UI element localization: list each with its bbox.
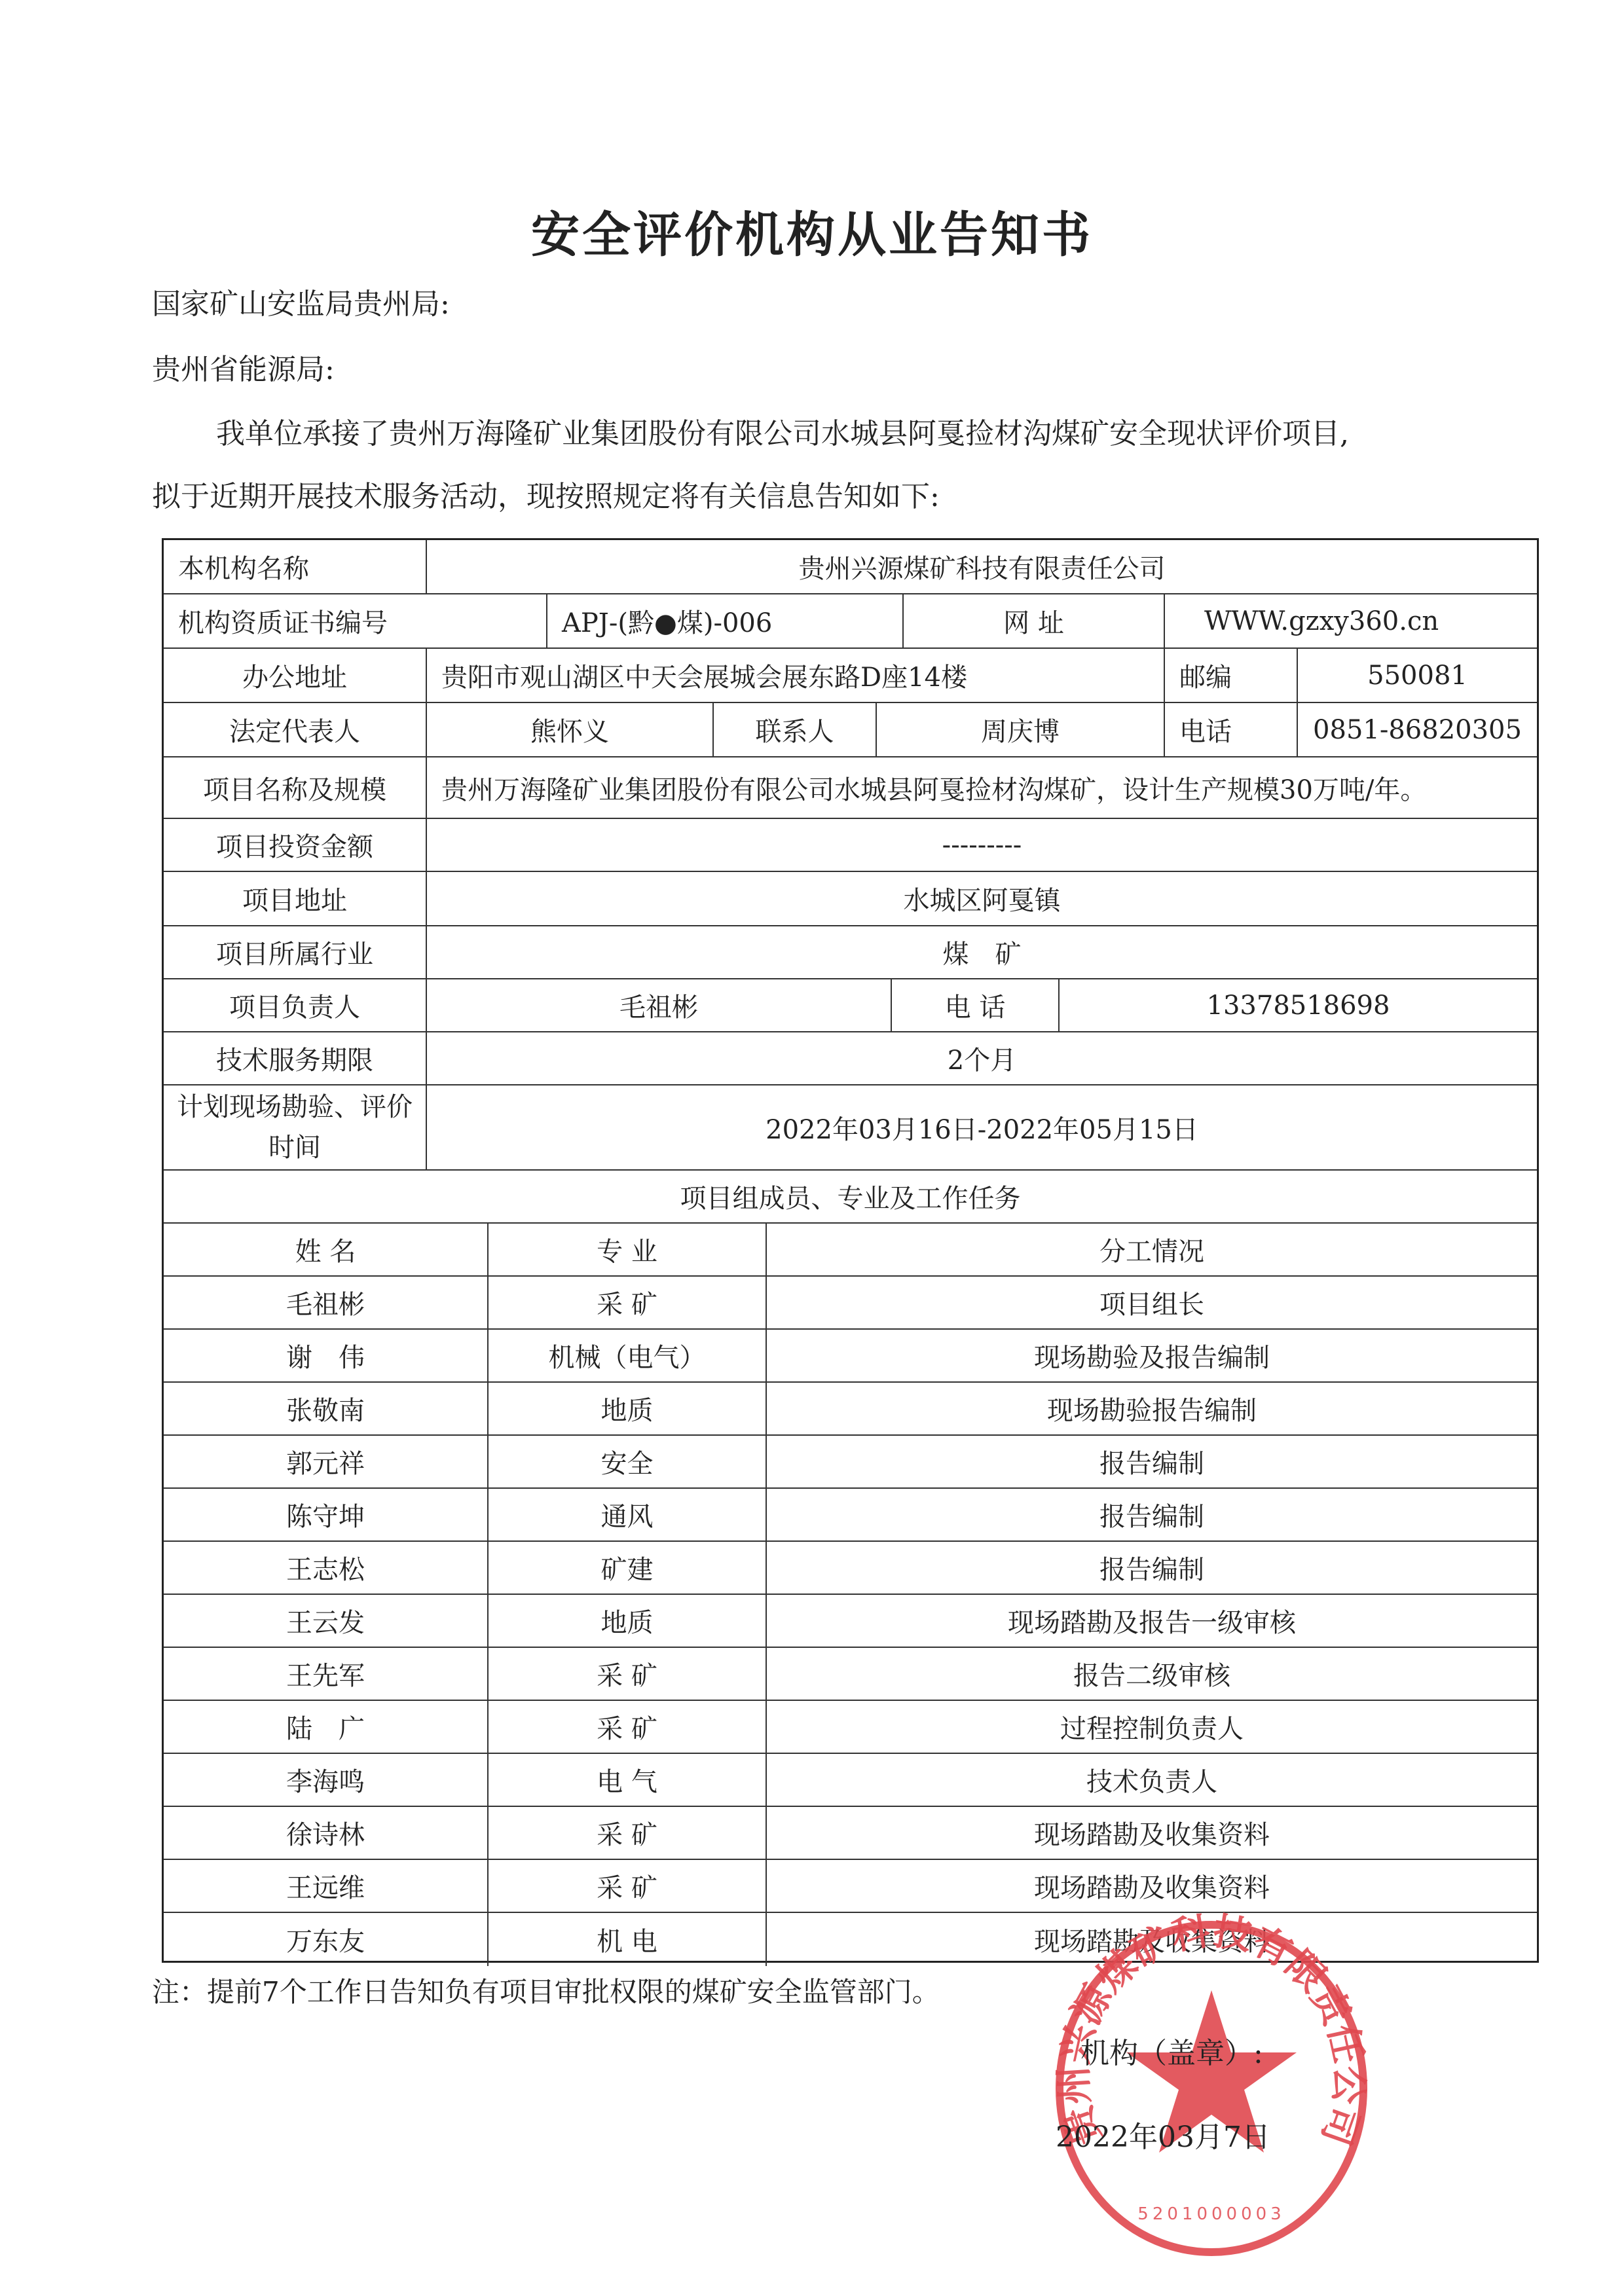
row-schedule: 计划现场勘验、评价时间 2022年03月16日-2022年05月15日 [164, 1085, 1537, 1171]
member-specialty: 地质 [487, 1383, 766, 1434]
member-specialty: 采 矿 [487, 1277, 766, 1328]
row-office: 办公地址 贵阳市观山湖区中天会展城会展东路D座14楼 邮编 550081 [164, 649, 1537, 703]
leader-phone-value: 13378518698 [1058, 979, 1537, 1031]
member-specialty: 采 矿 [487, 1860, 766, 1912]
document-title: 安全评价机构从业告知书 [0, 196, 1624, 266]
header-duty: 分工情况 [766, 1224, 1537, 1275]
industry-label: 项目所属行业 [164, 926, 426, 978]
investment-label: 项目投资金额 [164, 819, 426, 871]
member-name: 陈守坤 [164, 1489, 487, 1540]
project-address-label: 项目地址 [164, 872, 426, 925]
row-investment: 项目投资金额 --------- [164, 819, 1537, 872]
member-duty: 报告二级审核 [766, 1648, 1537, 1700]
row-cert: 机构资质证书编号 APJ-(黔●煤)-006 网 址 WWW.gzxy360.c… [164, 594, 1537, 649]
legal-rep-label: 法定代表人 [164, 703, 426, 756]
member-name: 王先军 [164, 1648, 487, 1700]
table-row: 陆 广 采 矿 过程控制负责人 [164, 1701, 1537, 1754]
member-name: 王远维 [164, 1860, 487, 1912]
contact-label: 联系人 [712, 703, 876, 756]
table-row: 徐诗林 采 矿 现场踏勘及收集资料 [164, 1807, 1537, 1860]
member-duty: 现场勘验及报告编制 [766, 1330, 1537, 1381]
member-duty: 报告编制 [766, 1489, 1537, 1540]
table-row: 张敬南 地质 现场勘验报告编制 [164, 1383, 1537, 1436]
project-address-value: 水城区阿戛镇 [426, 872, 1537, 925]
member-name: 谢 伟 [164, 1330, 487, 1381]
member-specialty: 采 矿 [487, 1701, 766, 1753]
member-specialty: 机 电 [487, 1913, 766, 1966]
row-industry: 项目所属行业 煤 矿 [164, 926, 1537, 979]
member-name: 毛祖彬 [164, 1277, 487, 1328]
project-name-value: 贵州万海隆矿业集团股份有限公司水城县阿戛捡材沟煤矿，设计生产规模30万吨/年。 [426, 757, 1537, 818]
member-name: 李海鸣 [164, 1754, 487, 1806]
member-specialty: 地质 [487, 1595, 766, 1647]
row-members-title: 项目组成员、专业及工作任务 [164, 1171, 1537, 1224]
member-duty: 项目组长 [766, 1277, 1537, 1328]
member-name: 万东友 [164, 1913, 487, 1966]
member-duty: 报告编制 [766, 1542, 1537, 1594]
member-duty: 过程控制负责人 [766, 1701, 1537, 1753]
project-leader-label: 项目负责人 [164, 979, 426, 1031]
service-period-value: 2个月 [426, 1032, 1537, 1084]
member-name: 陆 广 [164, 1701, 487, 1753]
row-project-name: 项目名称及规模 贵州万海隆矿业集团股份有限公司水城县阿戛捡材沟煤矿，设计生产规模… [164, 757, 1537, 819]
member-duty: 现场踏勘及收集资料 [766, 1860, 1537, 1912]
recipient-2: 贵州省能源局: [152, 346, 335, 388]
table-row: 王远维 采 矿 现场踏勘及收集资料 [164, 1860, 1537, 1913]
header-specialty: 专 业 [487, 1224, 766, 1275]
investment-value: --------- [426, 819, 1537, 871]
service-period-label: 技术服务期限 [164, 1032, 426, 1084]
contact-value: 周庆博 [876, 703, 1164, 756]
member-specialty: 安全 [487, 1436, 766, 1487]
members-section-title: 项目组成员、专业及工作任务 [164, 1171, 1537, 1222]
project-leader-value: 毛祖彬 [426, 979, 891, 1031]
recipient-1: 国家矿山安监局贵州局: [152, 280, 450, 322]
member-specialty: 采 矿 [487, 1807, 766, 1859]
member-duty: 现场勘验报告编制 [766, 1383, 1537, 1434]
member-specialty: 通风 [487, 1489, 766, 1540]
table-row: 谢 伟 机械（电气） 现场勘验及报告编制 [164, 1330, 1537, 1383]
office-address-label: 办公地址 [164, 649, 426, 702]
seal-label: 机构（盖章）: [1080, 2030, 1263, 2071]
project-name-label: 项目名称及规模 [164, 757, 426, 818]
row-org-name: 本机构名称 贵州兴源煤矿科技有限责任公司 [164, 540, 1537, 594]
postcode-label: 邮编 [1164, 649, 1297, 702]
intro-line-2: 拟于近期开展技术服务活动，现按照规定将有关信息告知如下: [152, 473, 940, 515]
members-header-row: 姓 名 专 业 分工情况 [164, 1224, 1537, 1277]
table-row: 毛祖彬 采 矿 项目组长 [164, 1277, 1537, 1330]
website-value: WWW.gzxy360.cn [1164, 594, 1537, 647]
table-row: 王云发 地质 现场踏勘及报告一级审核 [164, 1595, 1537, 1648]
svg-text:5201000003: 5201000003 [1137, 2204, 1285, 2224]
member-duty: 报告编制 [766, 1436, 1537, 1487]
cert-no-label: 机构资质证书编号 [164, 594, 546, 647]
table-row: 王先军 采 矿 报告二级审核 [164, 1648, 1537, 1701]
row-project-leader: 项目负责人 毛祖彬 电 话 13378518698 [164, 979, 1537, 1032]
org-name-value: 贵州兴源煤矿科技有限责任公司 [426, 540, 1537, 593]
member-name: 徐诗林 [164, 1807, 487, 1859]
legal-rep-value: 熊怀义 [426, 703, 712, 756]
row-legal: 法定代表人 熊怀义 联系人 周庆博 电话 0851-86820305 [164, 703, 1537, 757]
intro-line-1: 我单位承接了贵州万海隆矿业集团股份有限公司水城县阿戛捡材沟煤矿安全现状评价项目, [216, 410, 1349, 452]
schedule-label: 计划现场勘验、评价时间 [164, 1085, 426, 1169]
member-name: 王志松 [164, 1542, 487, 1594]
member-specialty: 电 气 [487, 1754, 766, 1806]
footer-note: 注：提前7个工作日告知负有项目审批权限的煤矿安全监管部门。 [152, 1971, 940, 2010]
cert-no-value: APJ-(黔●煤)-006 [546, 594, 902, 647]
postcode-value: 550081 [1297, 649, 1537, 702]
company-seal-icon: 贵州兴源煤矿科技有限责任公司 5201000003 [1048, 1912, 1375, 2265]
org-name-label: 本机构名称 [164, 540, 426, 593]
member-name: 郭元祥 [164, 1436, 487, 1487]
header-name: 姓 名 [164, 1224, 487, 1275]
table-row: 郭元祥 安全 报告编制 [164, 1436, 1537, 1489]
table-row: 陈守坤 通风 报告编制 [164, 1489, 1537, 1542]
table-row: 李海鸣 电 气 技术负责人 [164, 1754, 1537, 1807]
member-specialty: 矿建 [487, 1542, 766, 1594]
office-address-value: 贵阳市观山湖区中天会展城会展东路D座14楼 [426, 649, 1164, 702]
member-name: 张敬南 [164, 1383, 487, 1434]
row-service-period: 技术服务期限 2个月 [164, 1032, 1537, 1085]
member-specialty: 采 矿 [487, 1648, 766, 1700]
website-label: 网 址 [902, 594, 1164, 647]
member-duty: 现场踏勘及收集资料 [766, 1807, 1537, 1859]
row-project-address: 项目地址 水城区阿戛镇 [164, 872, 1537, 926]
member-duty: 现场踏勘及报告一级审核 [766, 1595, 1537, 1647]
notice-table: 本机构名称 贵州兴源煤矿科技有限责任公司 机构资质证书编号 APJ-(黔●煤)-… [162, 538, 1539, 1963]
table-row: 王志松 矿建 报告编制 [164, 1542, 1537, 1595]
member-name: 王云发 [164, 1595, 487, 1647]
leader-phone-label: 电 话 [891, 979, 1058, 1031]
phone-label: 电话 [1164, 703, 1297, 756]
schedule-value: 2022年03月16日-2022年05月15日 [426, 1085, 1537, 1169]
phone-value: 0851-86820305 [1297, 703, 1537, 756]
industry-value: 煤 矿 [426, 926, 1537, 978]
sign-date: 2022年03月7日 [1056, 2113, 1270, 2155]
member-specialty: 机械（电气） [487, 1330, 766, 1381]
member-duty: 技术负责人 [766, 1754, 1537, 1806]
